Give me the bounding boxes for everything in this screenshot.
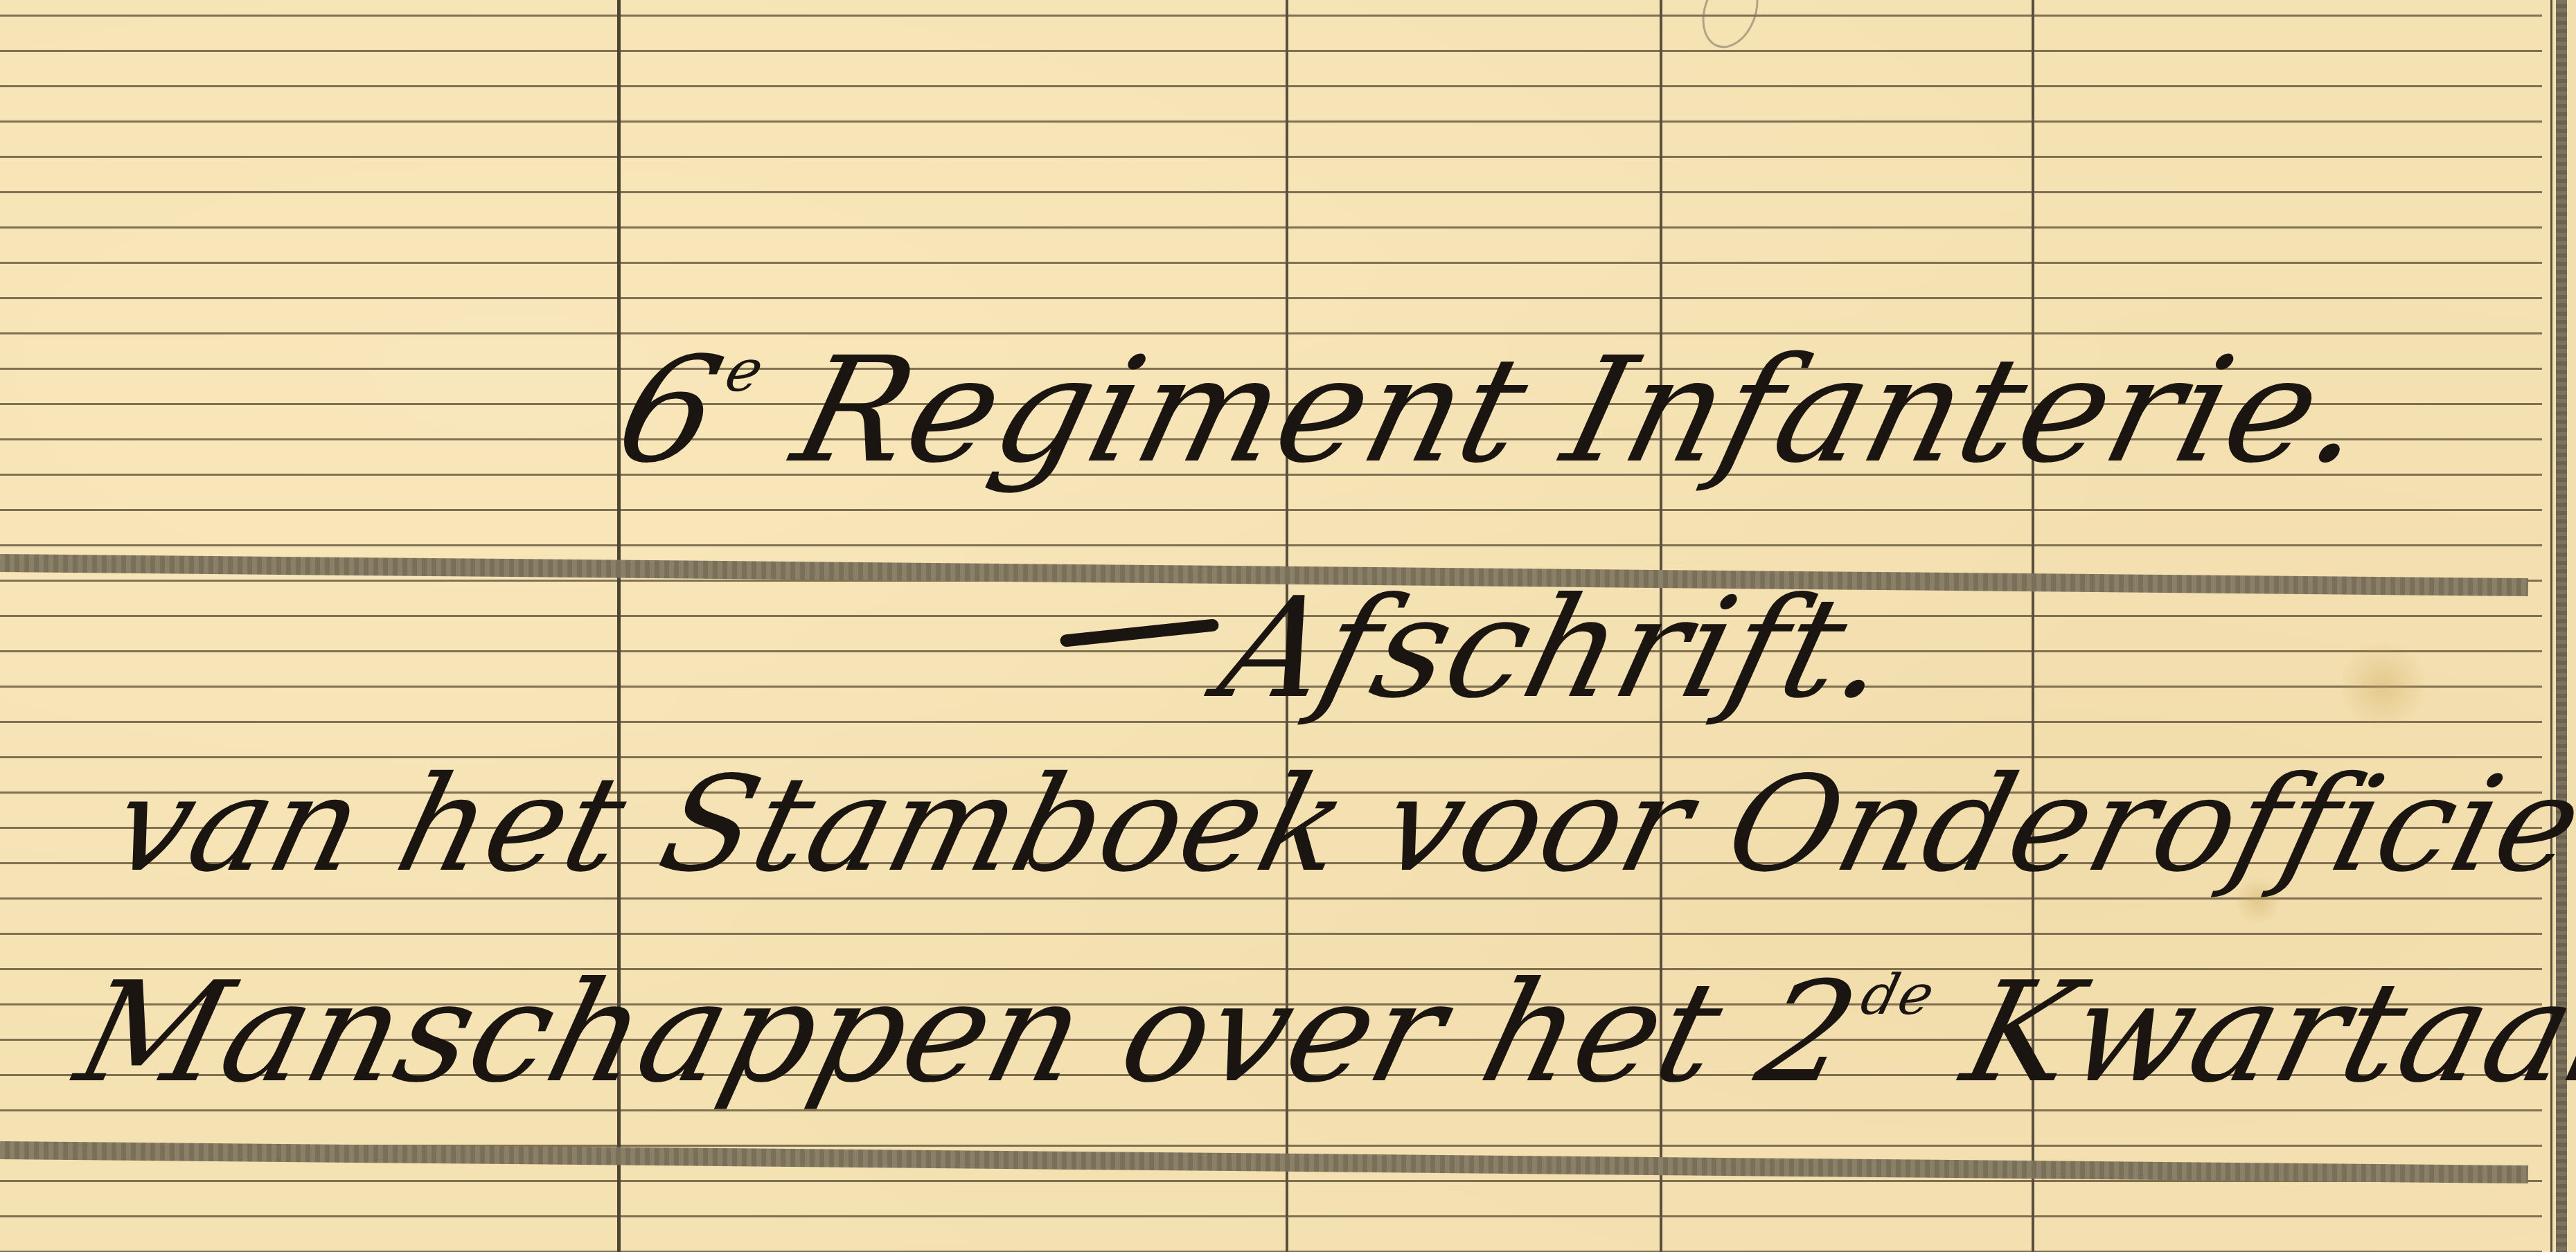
afschrift-label: Afschrift. — [1206, 568, 1908, 729]
ordinal-suffix: de — [1855, 963, 1942, 1027]
heading-afschrift: Afschrift. — [1040, 568, 1908, 729]
paper-stain — [2341, 637, 2424, 734]
regiment-name: Regiment Infanterie. — [780, 325, 2386, 495]
stamboek-text: van het Stamboek voor Onderofficieren en — [98, 748, 2576, 901]
heading-stamboek: van het Stamboek voor Onderofficieren en — [98, 748, 2576, 901]
period-suffix: Kwartaal 1887. — [1950, 952, 2576, 1114]
heading-period: Manschappen over het 2de Kwartaal 1887. — [63, 952, 2576, 1114]
ledger-page: 6e Regiment Infanterie. Afschrift. van h… — [0, 0, 2576, 1252]
heading-regiment: 6e Regiment Infanterie. — [602, 325, 2386, 495]
period-prefix: Manschappen over het 2 — [63, 952, 1874, 1114]
